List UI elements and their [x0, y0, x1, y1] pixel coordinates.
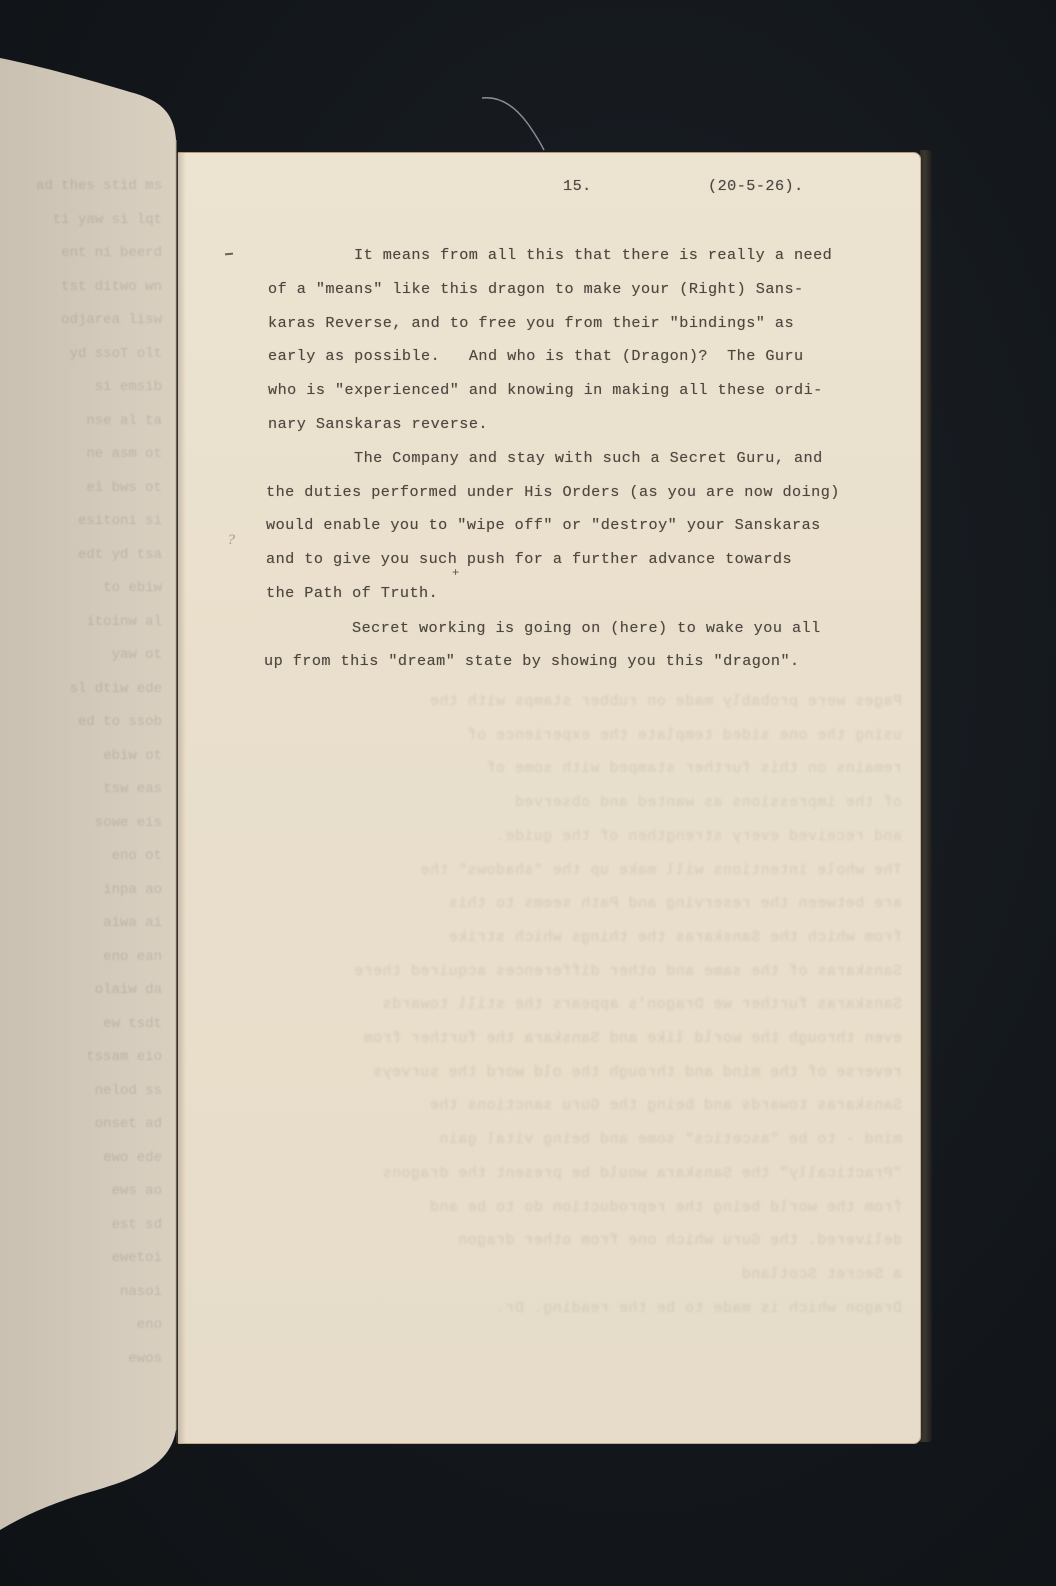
text-line-4: early as possible. And who is that (Drag…: [268, 347, 804, 365]
gutter-shadow: [176, 153, 186, 1443]
text-line-12: Secret working is going on (here) to wak…: [352, 619, 821, 637]
text-line-10: and to give you such push for a further …: [266, 550, 792, 568]
text-line-3: karas Reverse, and to free you from thei…: [268, 314, 794, 332]
text-line-8: the duties performed under His Orders (a…: [266, 483, 840, 501]
text-line-6: nary Sanskaras reverse.: [268, 415, 488, 433]
text-line-1: It means from all this that there is rea…: [354, 246, 832, 264]
text-line-5: who is "experienced" and knowing in maki…: [268, 381, 823, 399]
left-facing-page: ad thes stid msti yaw si lqtent ni beerd…: [0, 0, 185, 1586]
insertion-mark: +: [452, 566, 459, 580]
text-line-2: of a "means" like this dragon to make yo…: [268, 280, 804, 298]
bleed-through-text: Pages were probably made on rubber stamp…: [262, 685, 902, 1335]
text-line-7: The Company and stay with such a Secret …: [354, 449, 823, 467]
page-stack-edge: [920, 150, 932, 1442]
text-line-13: up from this "dream" state by showing yo…: [264, 652, 800, 670]
pencil-annotation: ?: [228, 533, 235, 548]
page-number: 15.: [563, 177, 592, 195]
text-line-9: would enable you to "wipe off" or "destr…: [266, 516, 821, 534]
loose-thread: [480, 94, 550, 154]
page-date: (20-5-26).: [708, 177, 804, 195]
left-page-faint-text: ad thes stid msti yaw si lqtent ni beerd…: [4, 170, 172, 1450]
text-line-11: the Path of Truth.: [266, 584, 438, 602]
